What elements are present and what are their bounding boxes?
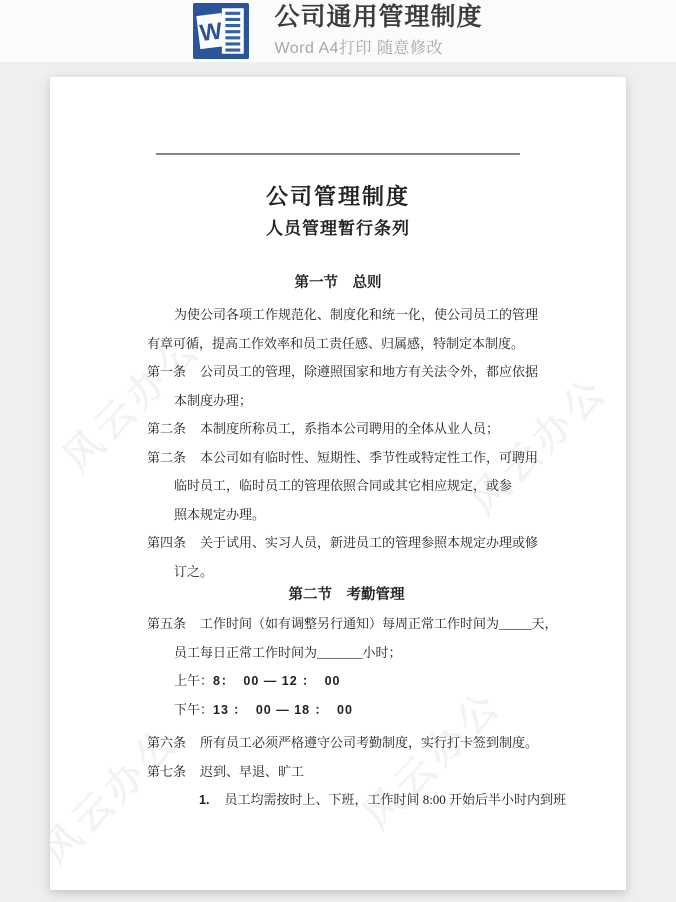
- time-value: 8： 00 — 12 ： 00: [213, 674, 340, 688]
- section-heading-2: 第二节 考勤管理: [147, 586, 546, 605]
- page-subtitle: Word A4打印 随意修改: [274, 35, 482, 58]
- document-page: 风云办公 风云办公 风云办公 风云办公 公司管理制度 人员管理暂行条列 第一节 …: [50, 77, 626, 890]
- page-title: 公司通用管理制度: [274, 4, 482, 32]
- time-value: 13 ： 00 — 18 ： 00: [213, 703, 353, 717]
- clause-text: 所有员工必须严格遵守公司考勤制度，实行打卡签到制度。: [200, 735, 538, 750]
- word-icon: W: [193, 3, 249, 59]
- time-label: 下午：: [174, 702, 213, 717]
- clause-paragraph: 第六条所有员工必须严格遵守公司考勤制度，实行打卡签到制度。: [147, 729, 546, 758]
- document-subtitle: 人员管理暂行条列: [50, 218, 626, 240]
- numbered-item: 1.员工均需按时上、下班，工作时间 8:00 开始后半小时内到班: [147, 786, 546, 815]
- clause-text: 工作时间（如有调整另行通知）每周正常工作时间为_____天， 员工每日正常工作时…: [174, 616, 558, 660]
- clause-paragraph: 第一条公司员工的管理，除遵照国家和地方有关法令外，都应依据 本制度办理；: [147, 358, 546, 415]
- morning-hours-row: 上午：8： 00 — 12 ： 00: [147, 667, 546, 696]
- clause-text: 公司员工的管理，除遵照国家和地方有关法令外，都应依据 本制度办理；: [174, 364, 538, 408]
- page-root: W 公司通用管理制度 Word A4打印 随意修改 风云办公 风云办公 风云办公…: [0, 0, 676, 890]
- clause-label: 第二条: [147, 450, 186, 465]
- clause-text: 本制度所称员工，系指本公司聘用的全体从业人员；: [200, 421, 499, 436]
- clause-paragraph: 第二条本制度所称员工，系指本公司聘用的全体从业人员；: [147, 415, 546, 444]
- afternoon-hours-row: 下午：13 ： 00 — 18 ： 00: [147, 696, 546, 725]
- intro-paragraph: 为使公司各项工作规范化、制度化和统一化，使公司员工的管理 有章可循，提高工作效率…: [147, 301, 546, 358]
- document-title: 公司管理制度: [50, 183, 626, 211]
- horizontal-rule: [156, 153, 520, 155]
- clause-text: 本公司如有临时性、短期性、季节性或特定性工作，可聘用 临时员工，临时员工的管理依…: [174, 450, 538, 522]
- item-number: 1.: [199, 793, 209, 807]
- clause-text: 迟到、早退、旷工: [200, 764, 304, 779]
- document-body: 为使公司各项工作规范化、制度化和统一化，使公司员工的管理 有章可循，提高工作效率…: [50, 301, 626, 815]
- time-label: 上午：: [174, 673, 213, 688]
- paragraph-text: 为使公司各项工作规范化、制度化和统一化，使公司员工的管理 有章可循，提高工作效率…: [147, 307, 538, 351]
- word-icon-letter: W: [199, 18, 225, 47]
- header-content: W 公司通用管理制度 Word A4打印 随意修改: [193, 3, 482, 59]
- header-bar: W 公司通用管理制度 Word A4打印 随意修改: [0, 0, 676, 62]
- clause-text: 关于试用、实习人员，新进员工的管理参照本规定办理或修 订之。: [174, 535, 538, 579]
- section-heading-1: 第一节 总则: [50, 274, 626, 293]
- clause-paragraph: 第五条工作时间（如有调整另行通知）每周正常工作时间为_____天， 员工每日正常…: [147, 610, 546, 667]
- clause-paragraph: 第四条关于试用、实习人员，新进员工的管理参照本规定办理或修 订之。: [147, 529, 546, 586]
- clause-label: 第五条: [147, 616, 186, 631]
- clause-label: 第二条: [147, 421, 186, 436]
- item-text: 员工均需按时上、下班，工作时间 8:00 开始后半小时内到班: [224, 792, 566, 807]
- clause-label: 第一条: [147, 364, 186, 379]
- clause-paragraph: 第七条迟到、早退、旷工: [147, 758, 546, 787]
- clause-paragraph: 第二条本公司如有临时性、短期性、季节性或特定性工作，可聘用 临时员工，临时员工的…: [147, 444, 546, 530]
- clause-label: 第四条: [147, 535, 186, 550]
- clause-label: 第六条: [147, 735, 186, 750]
- clause-label: 第七条: [147, 764, 186, 779]
- preview-area: 风云办公 风云办公 风云办公 风云办公 公司管理制度 人员管理暂行条列 第一节 …: [0, 62, 676, 890]
- header-text: 公司通用管理制度 Word A4打印 随意修改: [274, 4, 482, 59]
